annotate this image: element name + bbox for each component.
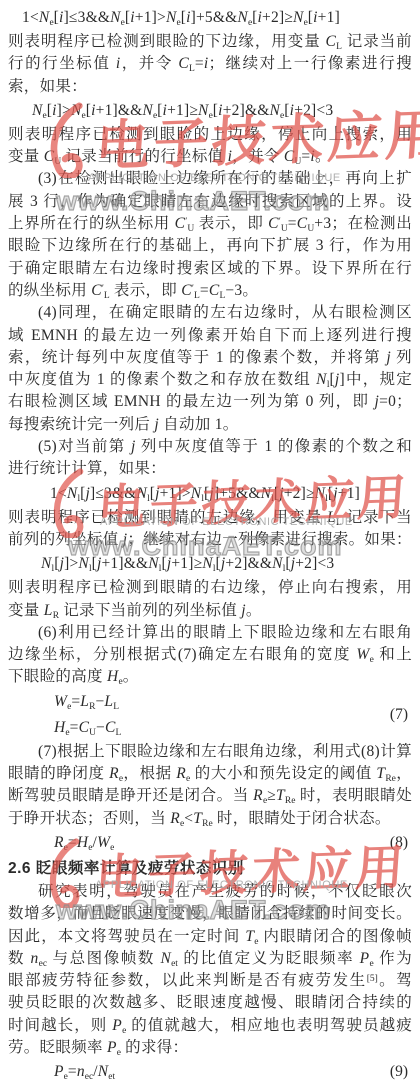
text-line: 下眼睑的高度 He。 xyxy=(8,666,412,688)
text-line: 劳。眨眼频率 Pe 的求得： xyxy=(8,1037,412,1059)
equation-number: (7) xyxy=(390,702,408,728)
text-line: 研究表明，驾驶员在产生疲劳的时候，不仅眨眼次 xyxy=(8,881,412,903)
page: 1<Ne[i]≤3&&Ne[i+1]>Ne[i]+5&&Ne[i+2]≥Ne[i… xyxy=(0,0,420,1089)
text-line: 数增多，而且眨眼速度变慢，眼睛闭合持续的时间变长。 xyxy=(8,903,412,925)
formula-line: 1<Nl[j]≤3&&Nl[j+1]>Nl[j]+5&&Nl[j+2]≥Nl[j… xyxy=(8,481,412,507)
text-line: 上界所在行的纵坐标用 C′U 表示，即 C′U=CU+3；在检测出 xyxy=(8,213,412,235)
formula-line: Ne[i]>Ne[i+1]&&Ne[i+1]≥Ne[i+2]&&Ne[i+2]<… xyxy=(8,98,412,124)
text-line: 展 3 行，作为确定眼睛左右边缘时搜索区域的上界。设 xyxy=(8,191,412,213)
text-line: 时间越长，则 Pe 的值就越大，相应地也表明驾驶员越疲 xyxy=(8,1015,412,1037)
text-line: 进行统计计算，如果： xyxy=(8,458,412,480)
equation-number: (9) xyxy=(390,1059,408,1085)
formula-line: We=LR−LL xyxy=(8,689,412,715)
text-line: 于睁开状态；否则，当 Re<TRe 时，眼睛处于闭合状态。 xyxy=(8,808,412,830)
text-line: 驶员眨眼的次数越多、眨眼速度越慢、眼睛闭合持续的 xyxy=(8,992,412,1014)
text-line: 则表明程序已检测到眼睛的左边缘，用变量 LL 记录下当 xyxy=(8,507,412,529)
formula-line: Nl[j]>Nl[j+1]&&Nl[j+1]≥Nl[j+2]&&Nl[j+2]<… xyxy=(8,551,412,577)
text-line: 行的行坐标值 i，并令 CL=i；继续对上一行像素进行搜 xyxy=(8,53,412,75)
text-line: 断驾驶员眼睛是睁开还是闭合。当 Re≥TRe 时，表明眼睛处 xyxy=(8,785,412,807)
text-line: 的纵坐标用 C′L 表示，即 C′L=CL−3。 xyxy=(8,280,412,302)
text-line: 右眼检测区域 EMNH 的最左边一列为第 0 列，即 j=0； xyxy=(8,391,412,413)
text-line: 每搜索统计完一列后 j 自动加 1。 xyxy=(8,414,412,436)
text-column: 1<Ne[i]≤3&&Ne[i+1]>Ne[i]+5&&Ne[i+2]≥Ne[i… xyxy=(0,0,420,1085)
text-line: 数 nec 与总图像帧数 Net 的比值定义为眨眼频率 Pe 作为 xyxy=(8,948,412,970)
text-line: 眼睛的睁闭度 Re，根据 Re 的大小和预先设定的阈值 TRe，判 xyxy=(8,763,412,785)
text-line: 则表明程序已检测到眼睑的上边缘，停止向上搜索，用 xyxy=(8,124,412,146)
text-line: 眼睑下边缘所在行的基础上，再向下扩展 3 行，作为用 xyxy=(8,235,412,257)
text-line: 因此，本文将驾驶员在一定时间 Te 内眼睛闭合的图像帧 xyxy=(8,926,412,948)
formula-line: 1<Ne[i]≤3&&Ne[i+1]>Ne[i]+5&&Ne[i+2]≥Ne[i… xyxy=(8,5,412,31)
text-line: (3)在检测出眼睑上边缘所在行的基础上，再向上扩 xyxy=(8,168,412,190)
formula-line: Re=He/We(8) xyxy=(8,830,412,856)
text-line: 变量 LR 记录下当前列的列坐标值 j。 xyxy=(8,600,412,622)
text-line: 则表明程序已检测到眼睛的右边缘，停止向右搜索，用 xyxy=(8,577,412,599)
formula-line: Pe=nec/Net(9) xyxy=(8,1059,412,1085)
text-line: 中灰度值为 1 的像素个数之和存放在数组 Nl[j]中，规定 xyxy=(8,369,412,391)
text-line: (7)根据上下眼睑边缘和左右眼角边缘，利用式(8)计算 xyxy=(8,741,412,763)
formula-line: He=CU−CL(7) xyxy=(8,715,412,741)
section-heading: 2.6 眨眼频率计算及疲劳状态识别 xyxy=(8,856,412,881)
text-line: 边缘坐标，分别根据式(7)确定左右眼角的宽度 We 和上 xyxy=(8,644,412,666)
text-line: 索，统计每列中灰度值等于 1 的像素个数，并将第 j 列 xyxy=(8,347,412,369)
text-line: 变量 CU 记录当前行的行坐标值 i，并令 CU=i。 xyxy=(8,146,412,168)
text-line: 眼部疲劳特征参数，以此来判断是否有疲劳发生[5]。驾 xyxy=(8,970,412,992)
text-line: 域 EMNH 的最左边一列像素开始自下而上逐列进行搜 xyxy=(8,325,412,347)
equation-number: (8) xyxy=(390,830,408,856)
text-line: (5)对当前第 j 列中灰度值等于 1 的像素的个数之和 xyxy=(8,436,412,458)
text-line: (6)利用已经计算出的眼睛上下眼睑边缘和左右眼角 xyxy=(8,622,412,644)
text-line: 则表明程序已检测到眼睑的下边缘，用变量 CL 记录当前 xyxy=(8,31,412,53)
text-line: 前列的列坐标值 j；继续对右边一列像素进行搜索。如果： xyxy=(8,529,412,551)
text-line: 于确定眼睛左右边缘时搜索区域的下界。设下界所在行 xyxy=(8,258,412,280)
text-line: (4)同理，在确定眼睛的左右边缘时，从右眼检测区 xyxy=(8,302,412,324)
text-line: 索，如果： xyxy=(8,76,412,98)
